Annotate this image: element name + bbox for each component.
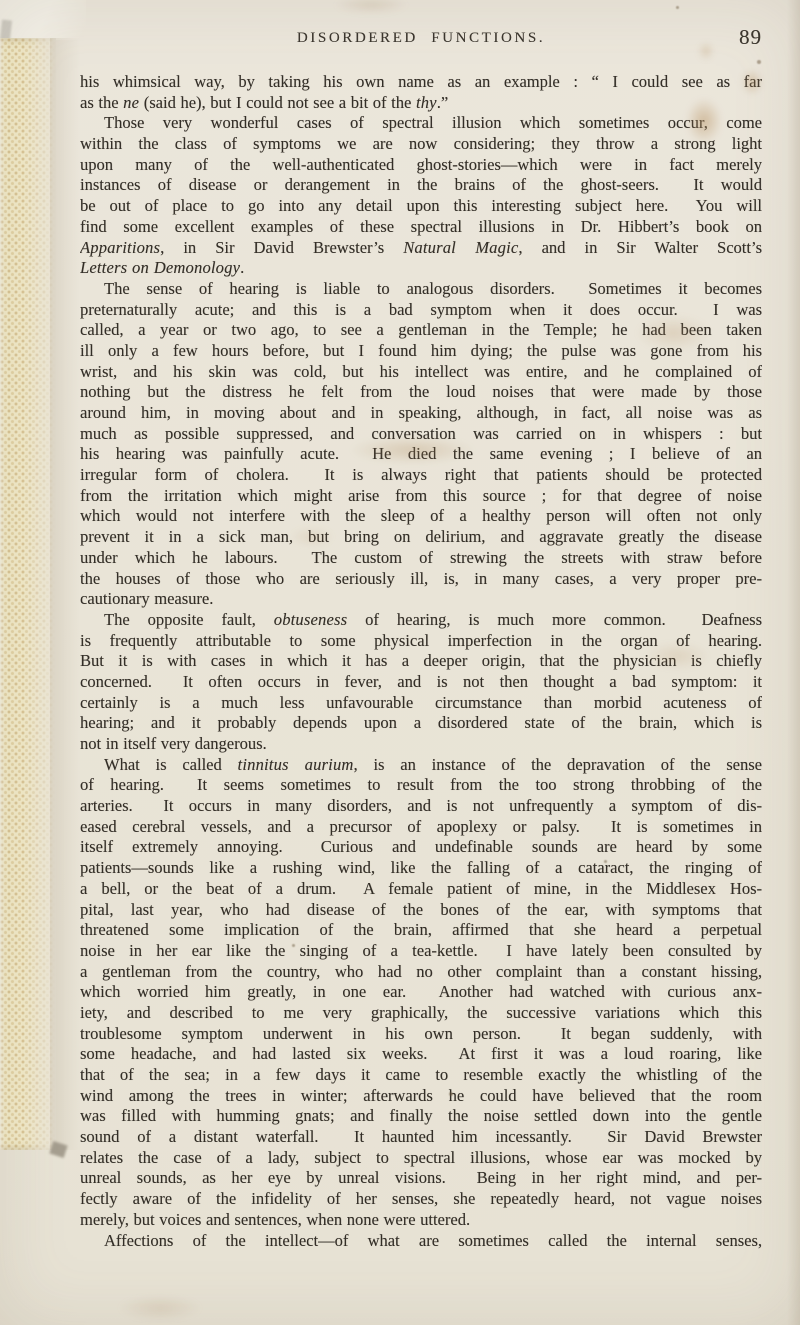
- text-line: preternaturally acute; and this is a bad…: [80, 300, 762, 321]
- text-line: his whimsical way, by taking his own nam…: [80, 72, 762, 93]
- text-line: cautionary measure.: [80, 589, 762, 610]
- text-line: Affections of the intellect—of what are …: [80, 1231, 762, 1252]
- text-line: find some excellent examples of these sp…: [80, 217, 762, 238]
- text-line: unreal sounds, as her eye by unreal visi…: [80, 1168, 762, 1189]
- page-right-edge: [787, 0, 800, 1325]
- book-edge-texture: [0, 38, 56, 1150]
- text-line: irregular form of cholera. It is always …: [80, 465, 762, 486]
- text-line: merely, but voices and sentences, when n…: [80, 1210, 762, 1231]
- page-corner-highlight: [0, 0, 86, 40]
- text-line: that of the sea; in a few days it came t…: [80, 1065, 762, 1086]
- text-line: be out of place to go into any detail up…: [80, 196, 762, 217]
- text-line: his hearing was painfully acute. He died…: [80, 444, 762, 465]
- text-line: concerned. It often occurs in fever, and…: [80, 672, 762, 693]
- text-line: some headache, and had lasted six weeks.…: [80, 1044, 762, 1065]
- text-line: called, a year or two ago, to see a gent…: [80, 320, 762, 341]
- text-line: troublesome symptom underwent in his own…: [80, 1024, 762, 1045]
- running-header: DISORDERED FUNCTIONS. 89: [80, 30, 762, 58]
- text-line: relates the case of a lady, subject to s…: [80, 1148, 762, 1169]
- text-line: fectly aware of the infidelity of her se…: [80, 1189, 762, 1210]
- gutter-shadow: [50, 38, 80, 1150]
- text-line: itself extremely annoying. Curious and u…: [80, 837, 762, 858]
- page-body: his whimsical way, by taking his own nam…: [80, 72, 762, 1251]
- text-line: arteries. It occurs in many disorders, a…: [80, 796, 762, 817]
- text-line: a gentleman from the country, who had no…: [80, 962, 762, 983]
- foxing-speck: [676, 6, 679, 9]
- text-line: pital, last year, who had disease of the…: [80, 900, 762, 921]
- text-line: within the class of symptoms we are now …: [80, 134, 762, 155]
- text-line: sound of a distant waterfall. It haunted…: [80, 1127, 762, 1148]
- paper-stain: [334, 0, 408, 14]
- text-line: around him, in moving about and in speak…: [80, 403, 762, 424]
- text-line: not in itself very dangerous.: [80, 734, 762, 755]
- text-line: prevent it in a sick man, but bring on d…: [80, 527, 762, 548]
- text-line: the houses of those who are seriously il…: [80, 569, 762, 590]
- book-page: DISORDERED FUNCTIONS. 89 his whimsical w…: [0, 0, 800, 1325]
- text-line: a bell, or the beat of a drum. A female …: [80, 879, 762, 900]
- text-line: wind among the trees in winter; afterwar…: [80, 1086, 762, 1107]
- text-line: What is called tinnitus aurium, is an in…: [80, 755, 762, 776]
- text-line: instances of disease or derangement in t…: [80, 175, 762, 196]
- text-line: which would not interfere with the sleep…: [80, 506, 762, 527]
- text-line: nothing but the distress he felt from th…: [80, 382, 762, 403]
- text-line: noise in her ear like the singing of a t…: [80, 941, 762, 962]
- foxing-speck: [757, 60, 761, 64]
- page-title: DISORDERED FUNCTIONS.: [80, 30, 762, 47]
- text-line: Apparitions, in Sir David Brewster’s Nat…: [80, 238, 762, 259]
- text-line: upon many of the well-authenticated ghos…: [80, 155, 762, 176]
- text-line: wrist, and his skin was cold, but his in…: [80, 362, 762, 383]
- text-line: as the ne (said he), but I could not see…: [80, 93, 762, 114]
- text-line: which worried him greatly, in one ear. A…: [80, 982, 762, 1003]
- text-line: Those very wonderful cases of spectral i…: [80, 113, 762, 134]
- text-line: But it is with cases in which it has a d…: [80, 651, 762, 672]
- text-line: under which he labours. The custom of st…: [80, 548, 762, 569]
- text-line: patients—sounds like a rushing wind, lik…: [80, 858, 762, 879]
- page-number: 89: [739, 25, 762, 50]
- text-line: hearing; and it probably depends upon a …: [80, 713, 762, 734]
- text-line: threatened some implication of the brain…: [80, 920, 762, 941]
- text-line: from the irritation which might arise fr…: [80, 486, 762, 507]
- text-line: Letters on Demonology.: [80, 258, 762, 279]
- text-line: iety, and described to me very graphical…: [80, 1003, 762, 1024]
- text-line: is frequently attributable to some physi…: [80, 631, 762, 652]
- text-line: much as possible suppressed, and convers…: [80, 424, 762, 445]
- text-line: The sense of hearing is liable to analog…: [80, 279, 762, 300]
- paper-stain: [118, 1295, 202, 1321]
- text-line: was filled with humming gnats; and final…: [80, 1106, 762, 1127]
- text-line: certainly is a much less unfavourable ci…: [80, 693, 762, 714]
- text-line: ill only a few hours before, but I found…: [80, 341, 762, 362]
- text-line: eased cerebral vessels, and a precursor …: [80, 817, 762, 838]
- text-line: of hearing. It seems sometimes to result…: [80, 775, 762, 796]
- text-line: The opposite fault, obtuseness of hearin…: [80, 610, 762, 631]
